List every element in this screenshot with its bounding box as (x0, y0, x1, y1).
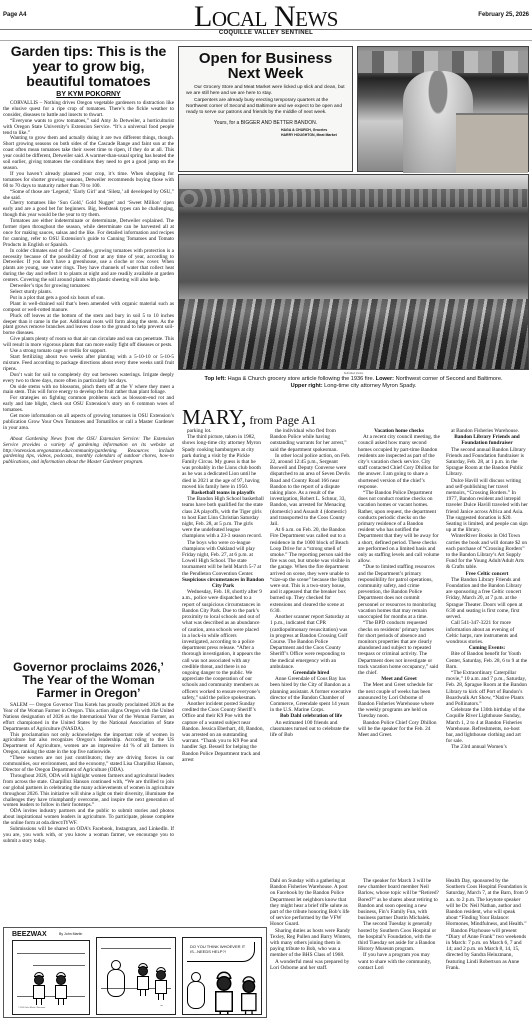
snowman (187, 972, 205, 1010)
paragraph: For strategies on fighting common proble… (3, 396, 174, 414)
paragraph: “These women are not just contributors; … (3, 756, 174, 774)
paragraph: Submissions will be shared on ODA’s Face… (3, 827, 174, 845)
paragraph: The third picture, taken in 1982, shows … (182, 434, 264, 490)
paragraph: Our Grocery Store and Meat Market were l… (186, 85, 345, 97)
caption-label: Top left: (204, 376, 226, 382)
paragraph: An estimated 100 friends and classmates … (270, 720, 352, 739)
ad-headline: Open for Business Next Week (186, 51, 345, 81)
paragraph: ODA invites industry partners and the pu… (3, 809, 174, 827)
paragraph: Another incident posted Sunday credited … (182, 701, 264, 763)
paragraph: Wanting to grow them and actually doing … (3, 136, 174, 171)
paragraph: WinterRiver Books in Old Town carries th… (446, 533, 528, 570)
paragraph: In colder climates east of the Cascades,… (3, 249, 174, 284)
subhead: Bob Dahl celebration of life (270, 713, 352, 719)
paragraph: A wonderful meal was prepared by Lori Os… (270, 959, 352, 971)
comic-panel-2: ~ (96, 937, 176, 1015)
paragraph: Celebrate the 130th birthday of the Coqu… (446, 707, 528, 744)
photo-board (456, 113, 528, 173)
paragraph: Call 541-347-3221 for more information a… (446, 620, 528, 645)
section-title: Local News (0, 4, 532, 30)
mary-jump: from Page A1 (246, 413, 316, 427)
caption-text: Haga & Church grocery store article foll… (226, 376, 376, 382)
garden-footer: About Gardening News from the OSU Extens… (3, 437, 174, 467)
paragraph: the individual who fled from Bandon Poli… (270, 428, 352, 453)
governor-headline: Governor proclaims 2026,’ The Year of th… (3, 661, 174, 700)
character (33, 975, 45, 1005)
historic-ad: Open for Business Next Week Our Grocery … (178, 46, 353, 172)
caption-text: Northwest corner of Second and Baltimore… (394, 376, 503, 382)
caption-label: Lower: (376, 376, 394, 382)
mary-bottom-columns: Dahl on Sunday with a gathering at Bando… (270, 878, 530, 971)
photo-fire-aftermath (178, 174, 529, 370)
paragraph: Wednesday, Feb. 18, shortly after 9 a.m.… (182, 589, 264, 701)
subhead: Bandon Library Friends and Foundation fu… (446, 434, 528, 446)
mary-bottom-column-4: Health Day, sponsored by the Southern Co… (446, 878, 528, 971)
comic-signature: ~ (160, 1004, 163, 1009)
beezwax-comic: BEEZWAX By John Martin © 2026 John Marti… (3, 927, 267, 1018)
comic-panel-3: DO YOU THINK WHOEVER IT IS...NEEDS HELP?… (182, 937, 262, 1015)
paragraph: “The Bandon Police Department does not c… (358, 490, 440, 564)
photo-myron-spady (357, 46, 529, 172)
paragraph: “The Extraordinary Caterpillar movie,” 1… (446, 670, 528, 707)
paragraph: Throughout 2026, ODA will highlight wome… (3, 774, 174, 809)
paragraph: Sharing duties as hosts were Randy Texle… (270, 928, 352, 959)
photo-ruins (179, 299, 528, 369)
paragraph: Bandon Police Chief Cory Dhillon will be… (358, 720, 440, 739)
mary-bottom-column-3: The speaker for March 3 will be new cham… (358, 878, 440, 971)
character (241, 980, 257, 1015)
paragraph: In other local police action, on Feb. 22… (270, 453, 352, 527)
comic-panel-1: © 2026 John Martin / Beezwax (12, 940, 90, 1015)
comic-title: BEEZWAX (12, 931, 47, 938)
character (155, 970, 167, 1000)
paragraph: At a recent city council meeting, the co… (358, 434, 440, 490)
paragraph: If you have a program you may want to sh… (358, 952, 440, 971)
mary-column-4: at Bandon Fisheries Warehouse.Bandon Lib… (446, 428, 528, 878)
paragraph: The Bandon Library Friends and Foundatio… (446, 577, 528, 620)
paragraph: The Bandon High School basketball teams … (182, 496, 264, 539)
ad-names: HAGA & CHURCH, Grocries HARRY HOUGHTON, … (281, 128, 345, 138)
publication-name: COQUILLE VALLEY SENTINEL (0, 30, 532, 36)
paragraph: Don’t wait for soil to completely dry ou… (3, 373, 174, 385)
comic-author: By John Martin (59, 932, 82, 936)
paragraph: Start fertilizing about two weeks after … (3, 355, 174, 373)
snowman (107, 960, 125, 998)
paragraph: Bite of Bandon benefit for Youth Center,… (446, 651, 528, 670)
photo-credit: Submitted photos (178, 372, 529, 375)
governor-body: SALEM — Oregon Governor Tina Kotek has p… (3, 703, 174, 845)
paragraph: The Meet and Greet schedule for the next… (358, 682, 440, 719)
mary-column-1: parking lot.The third picture, taken in … (182, 428, 264, 878)
ad-name: HARRY HOUGHTON, Meat Market (281, 133, 345, 138)
paragraph: The speaker for March 3 will be new cham… (358, 878, 440, 921)
paragraph: Cherry tomatoes like ‘Sun Gold,’ Gold Nu… (3, 201, 174, 219)
paragraph: Plant in well-drained soil that’s been a… (3, 302, 174, 314)
garden-body: CORVALLIS – Nothing drives Oregon vegeta… (3, 101, 174, 466)
photo-trees (179, 189, 528, 207)
photo-caption: Top left: Haga & Church grocery store ar… (178, 376, 529, 390)
paragraph: Another scanner report Saturday at 1 p.m… (270, 614, 352, 670)
paragraph: The boys who were co-league champions wi… (182, 540, 264, 577)
paragraph: If you haven’t already planned your crop… (3, 172, 174, 190)
character (137, 966, 149, 996)
paragraph: CORVALLIS – Nothing drives Oregon vegeta… (3, 101, 174, 119)
subhead: Suspicious circumstances in Bandon City … (182, 577, 264, 589)
wind-line (17, 953, 85, 954)
wind-line (17, 996, 85, 997)
mary-columns: parking lot.The third picture, taken in … (182, 428, 530, 878)
paragraph: Pluck off leaves at the bottom of the st… (3, 314, 174, 338)
publication-date: February 25, 2026 (478, 12, 529, 18)
paragraph: This proclamation not only acknowledges … (3, 733, 174, 757)
paragraph: SALEM — Oregon Governor Tina Kotek has p… (3, 703, 174, 733)
ad-body: Our Grocery Store and Meat Market were l… (186, 85, 345, 116)
ad-signoff: Yours, for a BIGGER AND BETTER BANDON. (186, 120, 345, 126)
paragraph: At 6 a.m. on Feb. 20, the Bandon Fire De… (270, 527, 352, 614)
mary-column-3: Vacation home checksAt a recent city cou… (358, 428, 440, 878)
paragraph: Get more information on all aspects of g… (3, 414, 174, 432)
paragraph: Tomatoes are either indeterminate or det… (3, 219, 174, 249)
paragraph: Dahl on Sunday with a gathering at Bando… (270, 878, 352, 928)
character (55, 975, 67, 1005)
photo-banner (358, 51, 528, 73)
mary-column-2: the individual who fled from Bandon Poli… (270, 428, 352, 878)
speech-bubble: DO YOU THINK WHOEVER IT IS...NEEDS HELP?… (187, 942, 255, 962)
paragraph: The second annual Bandon Library Friends… (446, 447, 528, 478)
paragraph: “Due to limited staffing resources and t… (358, 564, 440, 620)
character (215, 976, 233, 1015)
paragraph: Health Day, sponsored by the Southern Co… (446, 878, 528, 928)
mary-title: MARY, (182, 405, 246, 429)
masthead: Page A4 Local News COQUILLE VALLEY SENTI… (0, 0, 532, 40)
garden-byline: BY KYM POKORNY (3, 91, 174, 98)
garden-headline: Garden tips: This is the year to grow bi… (3, 44, 174, 89)
paragraph: Carpenters are already busy erecting tem… (186, 98, 345, 116)
mary-bottom-column-2: Dahl on Sunday with a gathering at Bando… (270, 878, 352, 971)
paragraph: Anne Greendale of Coos Bay has been hire… (270, 676, 352, 713)
paragraph: Bandon Playhouse will present “Diary of … (446, 928, 528, 971)
paragraph: “Everyone wants to grow tomatoes,” said … (3, 119, 174, 137)
wind-line (101, 948, 171, 949)
masthead-bottom-rule (0, 40, 532, 41)
paragraph: Dulce Havill will discuss writing and se… (446, 478, 528, 534)
wind-line (33, 965, 85, 966)
paragraph: The 23rd annual Women’s (446, 744, 528, 750)
comic-copyright: © 2026 John Martin / Beezwax (18, 1007, 45, 1009)
caption-text: Long-time city attorney Myron Spady. (323, 383, 417, 389)
caption-label: Upper right: (291, 383, 323, 389)
garden-article: Garden tips: This is the year to grow bi… (3, 44, 174, 466)
paragraph: The second Tuesday is generally hosted b… (358, 921, 440, 952)
paragraph: “The BPD conducts requested checks on re… (358, 620, 440, 676)
